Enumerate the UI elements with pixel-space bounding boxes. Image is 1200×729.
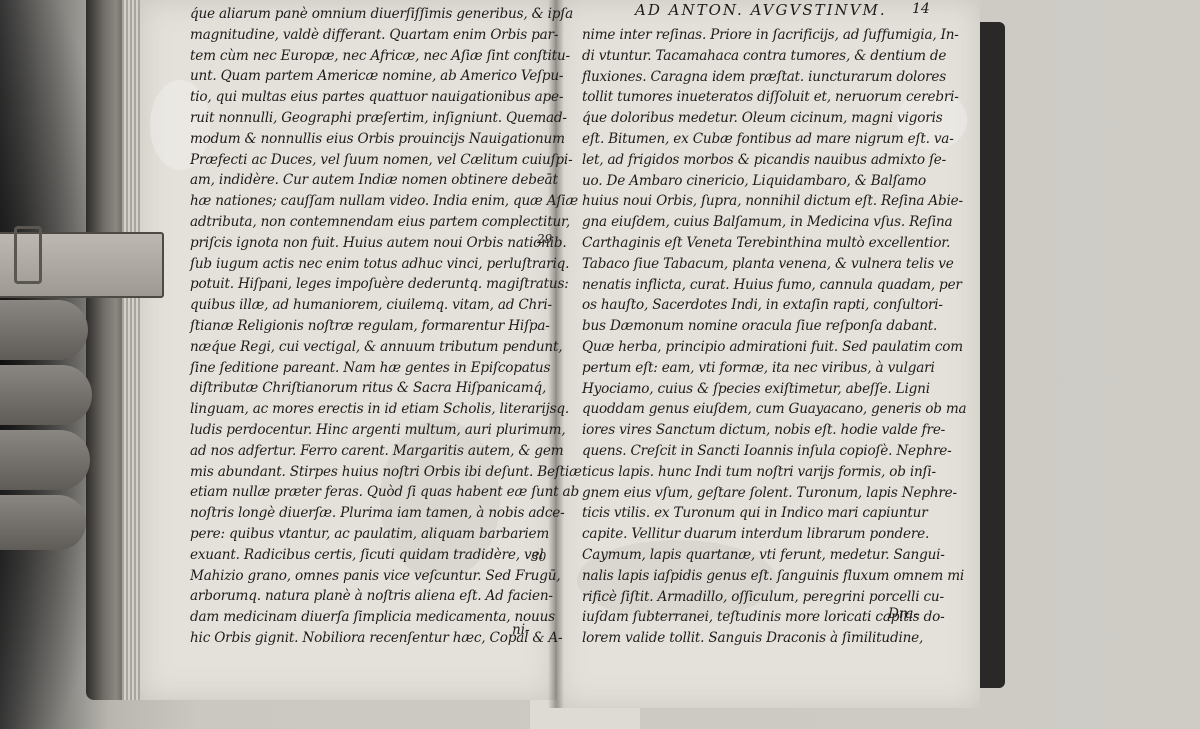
catchword: ni- — [512, 622, 530, 638]
text-line: ludis perdocentur. Hinc argenti multum, … — [190, 420, 582, 441]
text-line: quibus illæ, ad humaniorem, ciuilemq. vi… — [190, 295, 582, 316]
text-line: mis abundant. Stirpes huius noſtri Orbis… — [190, 462, 582, 483]
text-line: Carthaginis eſt Veneta Terebinthina mult… — [582, 233, 966, 254]
text-line: Hyociamo, cuius & ſpecies exiſtimetur, a… — [582, 379, 966, 400]
text-line: os hauſto, Sacerdotes Indi, in extaſin r… — [582, 295, 966, 316]
text-line: huius noui Orbis, ſupra, nonnihil dictum… — [582, 191, 966, 212]
text-line: eſt. Bitumen, ex Cubæ fontibus ad mare n… — [582, 129, 966, 150]
text-line: q́ue doloribus medetur. Oleum cicinum, m… — [582, 108, 966, 129]
text-line: etiam nullæ præter feras. Quòd ſi quas h… — [190, 482, 582, 503]
hand — [0, 300, 95, 560]
running-head: AD ANTON. AVGVSTINVM. — [635, 1, 887, 19]
text-line: diſtributæ Chriſtianorum ritus & Sacra H… — [190, 378, 582, 399]
text-line: arborumq. natura planè à noſtris aliena … — [190, 586, 582, 607]
text-line: magnitudine, valdè differant. Quartam en… — [190, 25, 582, 46]
text-line: fluxiones. Caragna idem præſtat. iunctur… — [582, 67, 966, 88]
left-page-text: q́ue aliarum panè omnium diuerſiſſimis g… — [190, 4, 582, 649]
text-line: let, ad frigidos morbos & picandis nauib… — [582, 150, 966, 171]
text-line: priſcis ignota non fuit. Huius autem nou… — [190, 233, 582, 254]
finger — [0, 300, 88, 360]
text-line: ſub iugum actis nec enim totus adhuc vin… — [190, 254, 582, 275]
text-line: ruit nonnulli, Geographi præſertim, inſi… — [190, 108, 582, 129]
right-page-text: nime inter reſinas. Priore in ſacrificij… — [582, 25, 966, 649]
text-line: exuant. Radicibus certis, ſicuti quidam … — [190, 545, 582, 566]
text-line: unt. Quam partem Americæ nomine, ab Amer… — [190, 66, 582, 87]
text-line: ſtianæ Religionis noſtræ regulam, formar… — [190, 316, 582, 337]
text-line: linguam, ac mores erectis in id etiam Sc… — [190, 399, 582, 420]
text-line: uo. De Ambaro cinericio, Liquidambaro, &… — [582, 171, 966, 192]
text-line: Quæ herba, principio admirationi fuit. S… — [582, 337, 966, 358]
catchword: Dra- — [888, 606, 918, 622]
clothespin-spring — [14, 226, 42, 284]
text-line: am, indidère. Cur autem Indiæ nomen obti… — [190, 170, 582, 191]
text-line: tollit tumores inueteratos diſſoluit et,… — [582, 87, 966, 108]
text-line: rificè ſiſtit. Armadillo, oſſiculum, per… — [582, 587, 966, 608]
text-line: Mahizio grano, omnes panis vice veſcuntu… — [190, 566, 582, 587]
text-line: Caymum, lapis quartanæ, vti ferunt, mede… — [582, 545, 966, 566]
page-number: 14 — [912, 1, 930, 17]
text-line: noſtris longè diuerſæ. Plurima iam tamen… — [190, 503, 582, 524]
text-line: pere: quibus vtantur, ac paulatim, aliqu… — [190, 524, 582, 545]
margin-line-number: 29 — [537, 232, 552, 246]
text-line: bus Dæmonum nomine oracula ſiue reſponſa… — [582, 316, 966, 337]
finger — [0, 495, 86, 550]
text-line: næq́ue Regi, cui vectigal, & annuum trib… — [190, 337, 582, 358]
text-line: di vtuntur. Tacamahaca contra tumores, &… — [582, 46, 966, 67]
text-line: nenatis inflicta, curat. Huius fumo, can… — [582, 275, 966, 296]
text-line: iores vires Sanctum dictum, nobis eſt. h… — [582, 420, 966, 441]
text-line: nime inter reſinas. Priore in ſacrificij… — [582, 25, 966, 46]
text-line: adtributa, non contemnendam eius partem … — [190, 212, 582, 233]
text-line: potuit. Hiſpani, leges impoſuère dederun… — [190, 274, 582, 295]
text-line: q́ue aliarum panè omnium diuerſiſſimis g… — [190, 4, 582, 25]
text-line: Tabaco ſiue Tabacum, planta venena, & vu… — [582, 254, 966, 275]
text-line: gna eiuſdem, cuius Balſamum, in Medicina… — [582, 212, 966, 233]
text-line: pertum eſt: eam, vti formæ, ita nec viri… — [582, 358, 966, 379]
text-line: quens. Creſcit in Sancti Ioannis inſula … — [582, 441, 966, 462]
text-line: ticis vtilis. ex Turonum qui in Indico m… — [582, 503, 966, 524]
margin-line-number: 30 — [531, 550, 546, 564]
text-line: hæ nationes; cauſſam nullam video. India… — [190, 191, 582, 212]
text-line: lorem valide tollit. Sanguis Draconis à … — [582, 628, 966, 649]
text-line: nalis lapis iaſpidis genus eſt. ſanguini… — [582, 566, 966, 587]
text-line: quoddam genus eiuſdem, cum Guayacano, ge… — [582, 399, 966, 420]
text-line: gnem eius vſum, geſtare ſolent. Turonum,… — [582, 483, 966, 504]
text-line: ticus lapis. hunc Indi tum noſtri varijs… — [582, 462, 966, 483]
text-line: ſine ſeditione pareant. Nam hæ gentes in… — [190, 358, 582, 379]
text-line: tio, qui multas eius partes quattuor nau… — [190, 87, 582, 108]
text-line: tem cùm nec Europæ, nec Africæ, nec Aſiæ… — [190, 46, 582, 67]
finger — [0, 430, 90, 490]
text-line: capite. Vellitur duarum interdum libraru… — [582, 524, 966, 545]
text-line: ad nos adfertur. Ferro carent. Margariti… — [190, 441, 582, 462]
text-line: modum & nonnullis eius Orbis prouincijs … — [190, 129, 582, 150]
text-line: Præfecti ac Duces, vel ſuum nomen, vel C… — [190, 150, 582, 171]
finger — [0, 365, 92, 425]
